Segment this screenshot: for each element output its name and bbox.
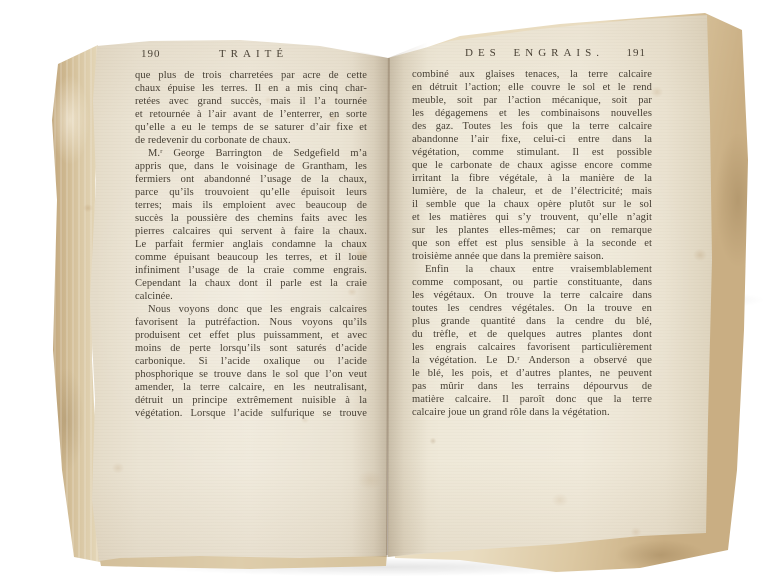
text-line: favorisent la putréfaction. Nous voyons … — [135, 316, 367, 329]
paragraph: Nous voyons donc que les engrais calcair… — [135, 303, 367, 420]
paragraph: que plus de trois charretées par acre de… — [135, 69, 367, 147]
text-line: Le parfait fermier anglais condamne la c… — [135, 238, 367, 251]
text-line: sur les plantes elles-mêmes; car on rema… — [412, 224, 652, 237]
text-line: les végétaux. On trouve la terre calcair… — [412, 289, 652, 302]
text-line: que le carbonate de chaux agisse encore … — [412, 159, 652, 172]
text-line: que plus de trois charretées par acre de… — [135, 69, 367, 82]
text-line: amender, la terre calcaire, en les neutr… — [135, 381, 367, 394]
text-line: comme épuisant beaucoup les terres, et i… — [135, 251, 367, 264]
text-line: calcaire joue un grand rôle dans la végé… — [412, 406, 652, 419]
text-line: que son effet est plus sensible à la sec… — [412, 237, 652, 250]
left-page-body: que plus de trois charretées par acre de… — [135, 69, 367, 420]
right-page-body: combiné aux glaises tenaces, la terre ca… — [412, 68, 652, 419]
paragraph: M.ʳ George Barrington de Sedgefield m’aa… — [135, 147, 367, 303]
text-line: chaux épuise les terres. Il en a mis cin… — [135, 82, 367, 95]
text-line: retées avec grand succès, mais il l’a to… — [135, 95, 367, 108]
foxing-stains — [0, 0, 768, 586]
text-line: qu’elle a eu le temps de se saturer d’ai… — [135, 121, 367, 134]
right-page-number: 191 — [627, 47, 647, 60]
text-line: comme composant, ou partie constituante,… — [412, 276, 652, 289]
text-line: lumière, de la chaleur, et de l’électric… — [412, 185, 652, 198]
gutter-fold-line — [386, 58, 390, 555]
text-line: Cependant la chaux dont il parle est la … — [135, 277, 367, 290]
right-page — [0, 0, 768, 586]
text-line: infiniment l’usage de la craie comme eng… — [135, 264, 367, 277]
text-line: et retournée à l’air avant de l’enterrer… — [135, 108, 367, 121]
text-line: le blé, les pois, et d’autres plantes, n… — [412, 367, 652, 380]
text-line: produisent cet effet plus puissamment, e… — [135, 329, 367, 342]
open-book-photo: 190 TRAITÉ que plus de trois charretées … — [0, 0, 768, 586]
text-line: troisième année que dans la première sai… — [412, 250, 652, 263]
text-line: il semble que la chaux opère plutôt sur … — [412, 198, 652, 211]
page-stack-edge-bottom — [0, 0, 768, 586]
text-line: toutes les cendres végétales. On la trou… — [412, 302, 652, 315]
text-line: Nous voyons donc que les engrais calcair… — [135, 303, 367, 316]
text-line: les engrais calcaires favorisent particu… — [412, 341, 652, 354]
text-line: détruit un principe extrêmement nuisible… — [135, 394, 367, 407]
text-line: et les matières qui s’y trouvent, qu’ell… — [412, 211, 652, 224]
text-line: calcinée. — [135, 290, 367, 303]
left-page-text: 190 TRAITÉ que plus de trois charretées … — [135, 48, 367, 420]
text-line: phosphorique se trouve dans le sol que l… — [135, 368, 367, 381]
deckled-page-edge-right — [0, 0, 768, 586]
text-line: plus grande quantité dans la cendre du b… — [412, 315, 652, 328]
left-running-title: TRAITÉ — [135, 48, 367, 61]
text-line: Enfin la chaux entre vraisemblablement — [412, 263, 652, 276]
deckled-page-edge-left — [0, 0, 768, 586]
text-line: parce qu’ils trouvoient qu’elle épuisoit… — [135, 186, 367, 199]
text-line: des gaz. Toutes les fois que la terre ca… — [412, 120, 652, 133]
text-line: succès la poussière des chemins faits av… — [135, 212, 367, 225]
text-line: matière calcaire. Il paroît donc que la … — [412, 393, 652, 406]
text-line: du trèfle, et de quelques autres plantes… — [412, 328, 652, 341]
paragraph: combiné aux glaises tenaces, la terre ca… — [412, 68, 652, 263]
text-line: pas mûrir dans les terrains dépourvus de — [412, 380, 652, 393]
text-line: M.ʳ George Barrington de Sedgefield m’a — [135, 147, 367, 160]
text-line: terres; mais ils emploient avec beaucoup… — [135, 199, 367, 212]
book-shadow — [0, 0, 768, 586]
text-line: moins de perte lorsqu’ils sont saturés d… — [135, 342, 367, 355]
text-line: de redevenir du corbonate de chaux. — [135, 134, 367, 147]
left-page-number: 190 — [141, 48, 161, 61]
text-line: carbonique. Si l’acide oxalique ou l’aci… — [135, 355, 367, 368]
text-line: pierres calcaires qui servent à faire la… — [135, 225, 367, 238]
right-running-header: DES ENGRAIS. 191 — [412, 47, 652, 62]
text-line: végétation, comme stimulant. Il est poss… — [412, 146, 652, 159]
text-line: appris que, dans le voisinage de Grantha… — [135, 160, 367, 173]
text-line: combiné aux glaises tenaces, la terre ca… — [412, 68, 652, 81]
text-line: meuble, soit par l’action mécanique, soi… — [412, 94, 652, 107]
right-page-text: DES ENGRAIS. 191 combiné aux glaises ten… — [412, 47, 652, 419]
gutter-shadow — [0, 0, 768, 586]
text-line: irritant la fibre végétale, à la manière… — [412, 172, 652, 185]
right-running-title: DES ENGRAIS. — [412, 47, 652, 60]
text-line: en détruit l’action; elle couvre le sol … — [412, 81, 652, 94]
text-line: la végétation. Le D.ʳ Anderson a observé… — [412, 354, 652, 367]
text-line: abandonne l’air fixe, celui-ci entre dan… — [412, 133, 652, 146]
text-line: fermiers ont abandonné l’usage de la cha… — [135, 173, 367, 186]
left-page — [0, 0, 768, 586]
paragraph: Enfin la chaux entre vraisemblablementco… — [412, 263, 652, 419]
text-line: les dégagemens et les combinaisons nouve… — [412, 107, 652, 120]
text-line: végétation. Lorsque l’acide sulfurique s… — [135, 407, 367, 420]
left-running-header: 190 TRAITÉ — [135, 48, 367, 63]
